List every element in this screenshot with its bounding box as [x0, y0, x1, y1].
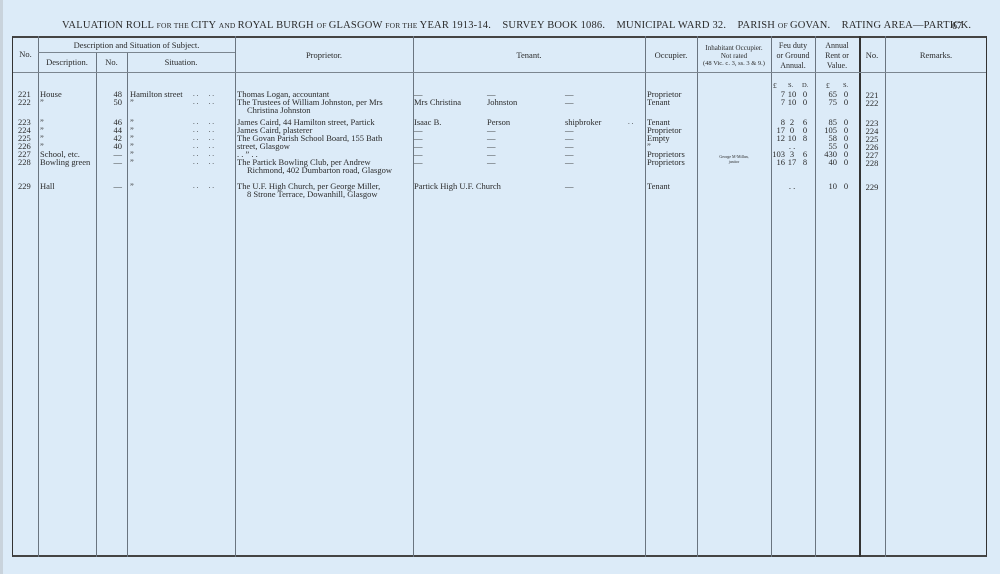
row-proprietor: Christina Johnston [247, 106, 311, 115]
col-rule [127, 52, 128, 557]
title-part: VALUATION ROLL [62, 20, 157, 31]
row-no: 229 [18, 182, 31, 191]
page-edge [0, 0, 3, 574]
row-description: ” [40, 98, 44, 107]
col-header-inhabitant: Inhabitant Occupier. Not rated (48 Vic. … [697, 44, 771, 68]
title-part: GLASGOW [329, 20, 386, 31]
col-header-no-right: No. [859, 50, 885, 60]
title-part: AND [219, 21, 238, 30]
col-rule [859, 36, 861, 557]
title-part: OF [778, 21, 790, 30]
table-frame [12, 36, 987, 557]
row-dots: . . . . [193, 158, 214, 167]
row-tenant-occupation: — [565, 158, 574, 167]
feu-line-3: Annual. [771, 61, 815, 71]
row-tenant-dots: . . [628, 118, 633, 127]
row-rent-shillings: 0 [840, 98, 852, 107]
col-rule [235, 36, 236, 557]
col-rule [697, 36, 698, 557]
row-tenant-first: Mrs Christina [414, 98, 461, 107]
title-part: YEAR 1913-14. [420, 20, 491, 31]
row-situation: ” [130, 98, 134, 107]
unit-feu-pounds: £ [773, 81, 777, 90]
col-rule [413, 36, 414, 557]
row-occupier: Proprietors [647, 158, 685, 167]
row-feu-pounds: 16 [772, 158, 785, 167]
row-no-right: 222 [859, 99, 885, 108]
col-header-tenant: Tenant. [413, 50, 645, 60]
col-rule [885, 36, 886, 557]
col-header-no: No. [13, 49, 38, 59]
row-dots: . . . . [193, 98, 214, 107]
row-feu-pounds: 12 [772, 134, 785, 143]
row-dots: . . . . [193, 182, 214, 191]
title-part: FOR THE [385, 21, 419, 30]
row-tenant-first: Partick High U.F. Church [414, 182, 501, 191]
row-number: 50 [96, 98, 122, 107]
row-no: 222 [18, 98, 31, 107]
row-tenant-occupation: — [565, 182, 574, 191]
col-rule [38, 36, 39, 557]
row-number: — [96, 158, 122, 167]
col-rule [815, 36, 816, 557]
header-bottom-rule [13, 72, 986, 73]
row-proprietor: Richmond, 402 Dumbarton road, Glasgow [247, 166, 392, 175]
title-part: FOR THE [157, 21, 191, 30]
col-rule [771, 36, 772, 557]
row-rent-pounds: 10 [816, 182, 837, 191]
row-tenant-occupation: — [565, 98, 574, 107]
row-no-right: 228 [859, 159, 885, 168]
rent-line-3: Value. [815, 61, 859, 71]
row-feu-shillings: 17 [785, 158, 799, 167]
col-header-annual-rent: Annual Rent or Value. [815, 41, 859, 71]
row-tenant-first: — [414, 158, 423, 167]
row-feu-shillings: 10 [785, 98, 799, 107]
row-situation: ” [130, 182, 134, 191]
row-feu-pence: 8 [799, 158, 811, 167]
col-header-description: Description. [38, 57, 96, 67]
row-tenant-last: — [487, 158, 496, 167]
row-situation: ” [130, 158, 134, 167]
row-description: Bowling green [40, 158, 90, 167]
col-rule [645, 36, 646, 557]
row-feu-pence: 8 [799, 134, 811, 143]
row-description: Hall [40, 182, 55, 191]
col-header-number: No. [96, 57, 127, 67]
feu-line-1: Feu duty [771, 41, 815, 51]
inhabitant-note-role: janitor [697, 159, 771, 164]
title-part: GOVAN. RATING AREA—PARTICK. [790, 20, 971, 31]
col-header-proprietor: Proprietor. [235, 50, 413, 60]
row-rent-pounds: 75 [816, 98, 837, 107]
row-situation: Hamilton street [130, 90, 183, 99]
rent-line-2: Rent or [815, 51, 859, 61]
col-header-situation: Situation. [127, 57, 235, 67]
row-no: 228 [18, 158, 31, 167]
col-header-feu-duty: Feu duty or Ground Annual. [771, 41, 815, 71]
row-proprietor: 8 Strone Terrace, Dowanhill, Glasgow [247, 190, 378, 199]
page-number: 67 [952, 21, 962, 32]
row-feu-shillings: . . [785, 182, 799, 191]
title-part: SURVEY BOOK 1086. MUNICIPAL WARD 32. PAR… [491, 20, 778, 31]
page-title: VALUATION ROLL FOR THE CITY AND ROYAL BU… [62, 20, 962, 31]
title-part: CITY [191, 20, 219, 31]
row-no-right: 229 [859, 183, 885, 192]
col-header-description-group: Description and Situation of Subject. [38, 40, 235, 50]
row-number: — [96, 182, 122, 191]
header-subrule [38, 52, 235, 53]
col-header-remarks: Remarks. [885, 50, 987, 60]
inhabitant-line-2: Not rated [697, 52, 771, 60]
title-part: OF [317, 21, 329, 30]
row-feu-pounds: 7 [772, 98, 785, 107]
inhabitant-line-1: Inhabitant Occupier. [697, 44, 771, 52]
row-occupier: Tenant [647, 98, 670, 107]
inhabitant-line-3: (48 Vic. c. 3, ss. 3 & 9.) [697, 60, 771, 68]
row-feu-pence: 0 [799, 98, 811, 107]
col-header-occupier: Occupier. [645, 50, 697, 60]
inhabitant-note: George M‘Millan, janitor [697, 154, 771, 164]
row-tenant-last: Johnston [487, 98, 517, 107]
rent-line-1: Annual [815, 41, 859, 51]
row-rent-shillings: 0 [840, 158, 852, 167]
title-part: ROYAL BURGH [238, 20, 317, 31]
row-occupier: Tenant [647, 182, 670, 191]
row-rent-shillings: 0 [840, 182, 852, 191]
feu-line-2: or Ground [771, 51, 815, 61]
row-rent-pounds: 40 [816, 158, 837, 167]
